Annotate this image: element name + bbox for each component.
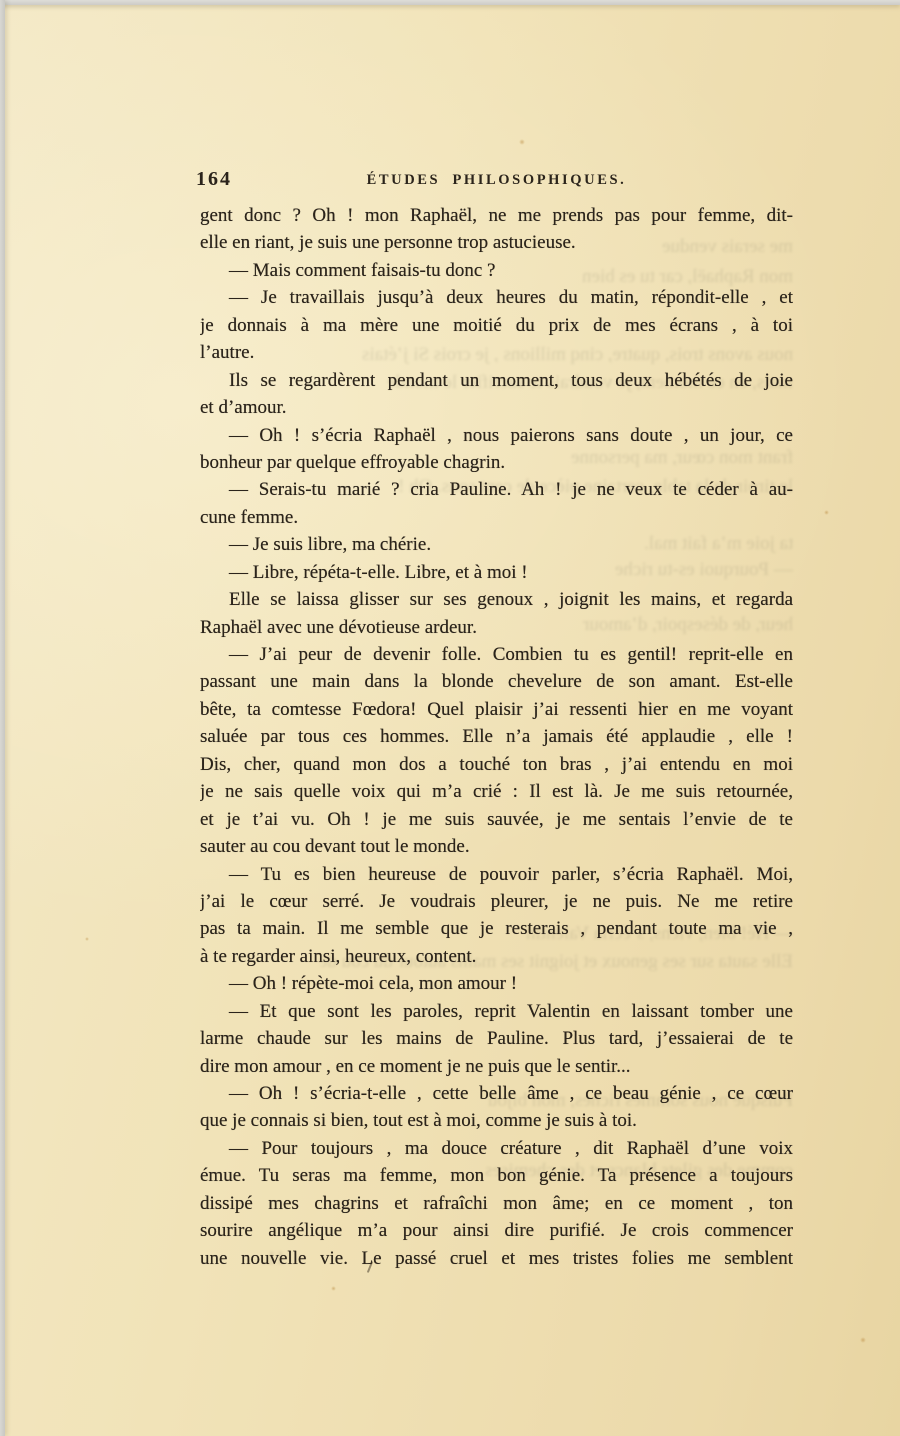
- foxing-speck: [519, 139, 525, 145]
- text-line: gent donc ? Oh ! mon Raphaël, ne me pren…: [200, 202, 793, 229]
- text-line: pas ta main. Il me semble que je restera…: [200, 915, 793, 942]
- foxing-speck: [824, 510, 829, 515]
- text-line: elle en riant, je suis une personne trop…: [200, 229, 793, 256]
- text-line: cune femme.: [200, 504, 793, 531]
- text-line: Ils se regardèrent pendant un moment, to…: [200, 367, 793, 394]
- text-line: larme chaude sur les mains de Pauline. P…: [200, 1025, 793, 1052]
- text-line: — Mais comment faisais-tu donc ?: [200, 257, 793, 284]
- running-title: ÉTUDES PHILOSOPHIQUES.: [200, 172, 793, 189]
- scanned-book-page: me serais venduemon Raphaël, car tu es b…: [0, 0, 900, 1436]
- text-line: et je t’ai vu. Oh ! je me suis sauvée, j…: [200, 806, 793, 833]
- text-line: — Pour toujours , ma douce créature , di…: [200, 1135, 793, 1162]
- text-line: j’ai le cœur serré. Je voudrais pleurer,…: [200, 888, 793, 915]
- text-line: je donnais à ma mère une moitié du prix …: [200, 312, 793, 339]
- text-line: sauter au cou devant tout le monde.: [200, 833, 793, 860]
- foxing-speck: [582, 1117, 586, 1121]
- text-line: — Oh ! s’écria Raphaël , nous paierons s…: [200, 422, 793, 449]
- text-line: émue. Tu seras ma femme, mon bon génie. …: [200, 1162, 793, 1189]
- text-line: Dis, cher, quand mon dos a touché ton br…: [200, 751, 793, 778]
- foxing-speck: [331, 1286, 336, 1291]
- scan-edge-left: [0, 0, 5, 1436]
- text-body: gent donc ? Oh ! mon Raphaël, ne me pren…: [200, 202, 793, 1272]
- text-line: je ne sais quelle voix qui m’a crié : Il…: [200, 778, 793, 805]
- text-line: que je connais si bien, tout est à moi, …: [200, 1107, 793, 1134]
- text-line: à te regarder ainsi, heureux, content.: [200, 943, 793, 970]
- text-line: — Tu es bien heureuse de pouvoir parler,…: [200, 861, 793, 888]
- text-line: saluée par tous ces hommes. Elle n’a jam…: [200, 723, 793, 750]
- text-line: et d’amour.: [200, 394, 793, 421]
- text-line: bête, ta comtesse Fœdora! Quel plaisir j…: [200, 696, 793, 723]
- text-line: — Oh ! s’écria-t-elle , cette belle âme …: [200, 1080, 793, 1107]
- text-line: dissipé mes chagrins et rafraîchi mon âm…: [200, 1190, 793, 1217]
- text-line: — Oh ! répète-moi cela, mon amour !: [200, 970, 793, 997]
- text-line: dire mon amour , en ce moment je ne puis…: [200, 1053, 793, 1080]
- page-header: 164 ÉTUDES PHILOSOPHIQUES.: [200, 168, 793, 194]
- text-line: — J’ai peur de devenir folle. Combien tu…: [200, 641, 793, 668]
- text-line: — Je travaillais jusqu’à deux heures du …: [200, 284, 793, 311]
- text-line: Elle se laissa glisser sur ses genoux , …: [200, 586, 793, 613]
- text-line: passant une main dans la blonde chevelur…: [200, 668, 793, 695]
- text-line: — Et que sont les paroles, reprit Valent…: [200, 998, 793, 1025]
- scan-edge-top: [0, 0, 900, 5]
- text-line: Raphaël avec une dévotieuse ardeur.: [200, 614, 793, 641]
- text-line: — Libre, répéta-t-elle. Libre, et à moi …: [200, 559, 793, 586]
- text-line: — Serais-tu marié ? cria Pauline. Ah ! j…: [200, 476, 793, 503]
- text-line: l’autre.: [200, 339, 793, 366]
- foxing-speck: [860, 1337, 866, 1343]
- foxing-speck: [85, 937, 89, 941]
- text-line: bonheur par quelque effroyable chagrin.: [200, 449, 793, 476]
- text-line: — Je suis libre, ma chérie.: [200, 531, 793, 558]
- text-line: une nouvelle vie. Le passé cruel et mes …: [200, 1245, 793, 1272]
- text-line: sourire angélique m’a pour ainsi dire pu…: [200, 1217, 793, 1244]
